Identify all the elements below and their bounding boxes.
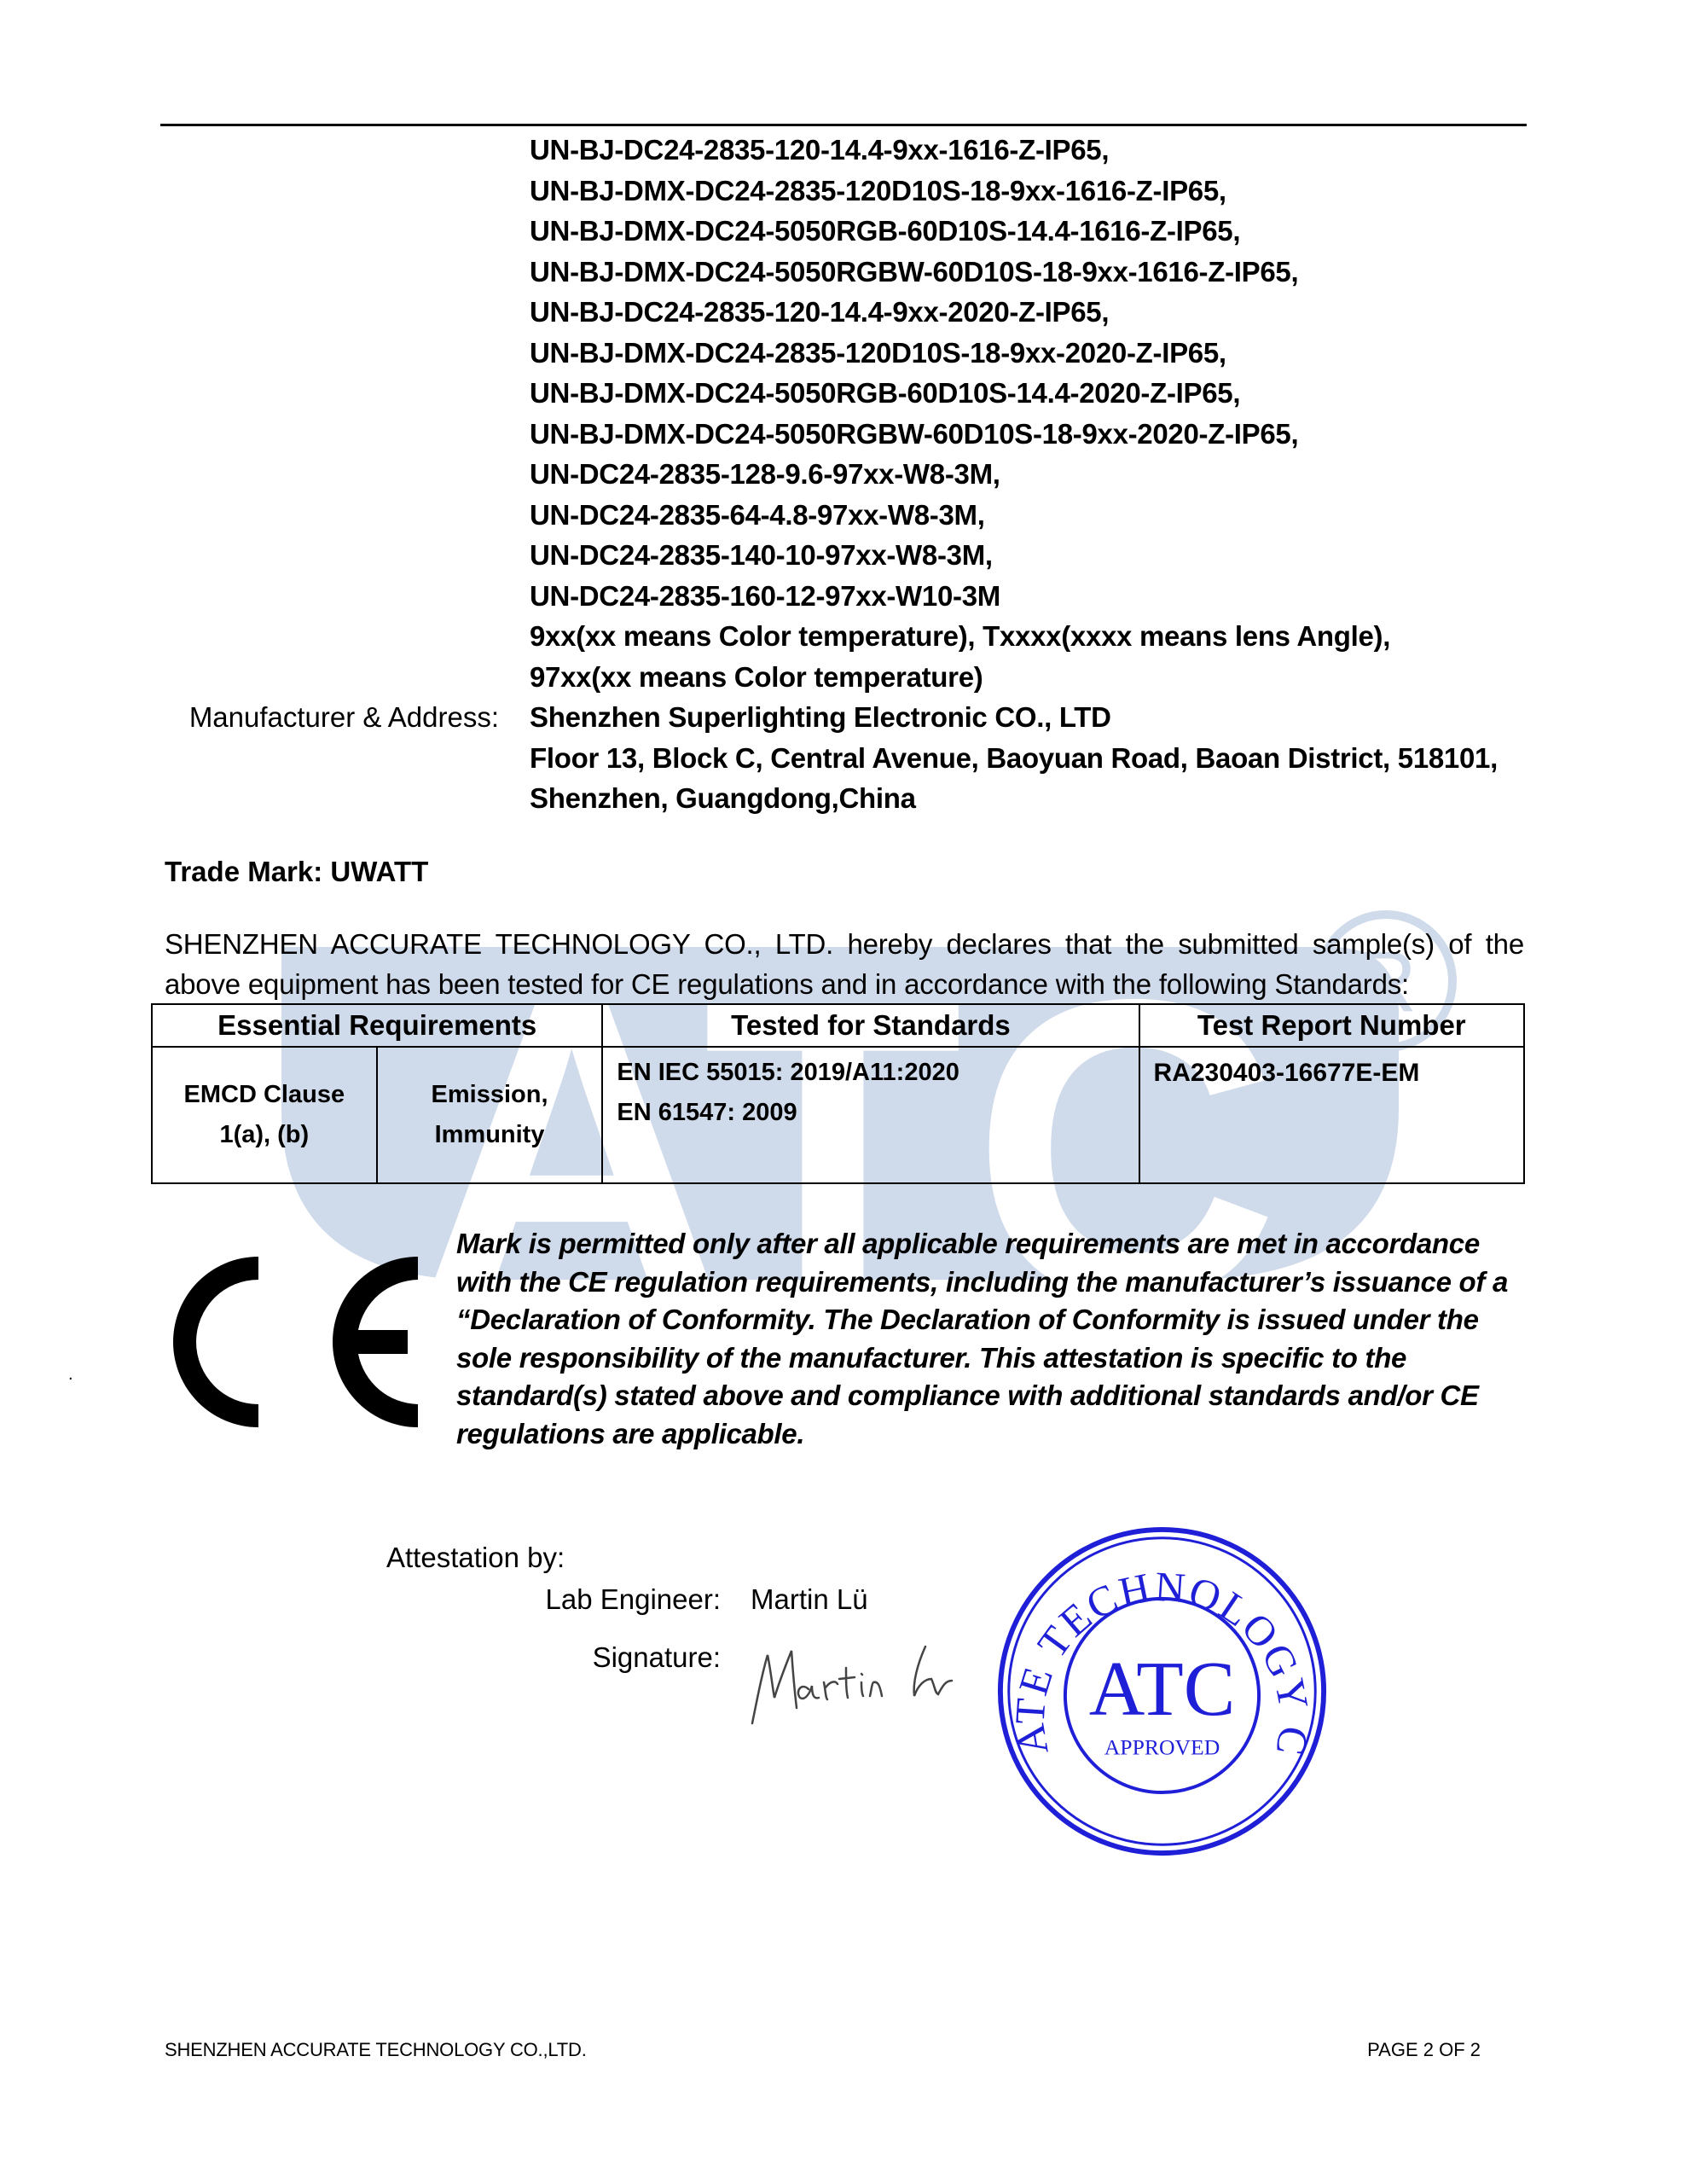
product-model: UN-BJ-DC24-2835-120-14.4-9xx-2020-Z-IP65… bbox=[530, 292, 1298, 333]
model-naming-note: 9xx(xx means Color temperature), Txxxx(x… bbox=[530, 616, 1485, 697]
product-model: UN-BJ-DMX-DC24-5050RGBW-60D10S-18-9xx-16… bbox=[530, 252, 1298, 293]
footer-page-number: PAGE 2 OF 2 bbox=[1367, 2037, 1481, 2063]
table-row: EMCD Clause 1(a), (b) Emission, Immunity… bbox=[152, 1047, 1524, 1183]
clause-line2: 1(a), (b) bbox=[219, 1115, 309, 1155]
header-rule bbox=[160, 124, 1527, 126]
manufacturer-details: Shenzhen Superlighting Electronic CO., L… bbox=[530, 697, 1510, 819]
clause-cell: EMCD Clause 1(a), (b) bbox=[152, 1047, 377, 1183]
declaration-paragraph: SHENZHEN ACCURATE TECHNOLOGY CO., LTD. h… bbox=[165, 924, 1524, 1004]
manufacturer-name: Shenzhen Superlighting Electronic CO., L… bbox=[530, 697, 1510, 738]
product-model: UN-DC24-2835-128-9.6-97xx-W8-3M, bbox=[530, 454, 1298, 495]
product-model: UN-DC24-2835-160-12-97xx-W10-3M bbox=[530, 576, 1298, 617]
report-number-cell: RA230403-16677E-EM bbox=[1139, 1047, 1524, 1183]
table-header-row: Essential Requirements Tested for Standa… bbox=[152, 1004, 1524, 1047]
manufacturer-address-line1: Floor 13, Block C, Central Avenue, Baoyu… bbox=[530, 738, 1510, 779]
product-model: UN-BJ-DMX-DC24-5050RGB-60D10S-14.4-1616-… bbox=[530, 211, 1298, 252]
product-model: UN-DC24-2835-64-4.8-97xx-W8-3M, bbox=[530, 495, 1298, 536]
footer-company: SHENZHEN ACCURATE TECHNOLOGY CO.,LTD. bbox=[165, 2037, 587, 2063]
standards-cell: EN IEC 55015: 2019/A11:2020 EN 61547: 20… bbox=[602, 1047, 1139, 1183]
standards-table: Essential Requirements Tested for Standa… bbox=[151, 1003, 1525, 1184]
product-model-list: UN-BJ-DC24-2835-120-14.4-9xx-1616-Z-IP65… bbox=[530, 130, 1298, 616]
requirement-line2: Immunity bbox=[435, 1115, 545, 1155]
product-model: UN-BJ-DMX-DC24-2835-120D10S-18-9xx-1616-… bbox=[530, 171, 1298, 212]
product-model: UN-BJ-DMX-DC24-5050RGB-60D10S-14.4-2020-… bbox=[530, 373, 1298, 414]
requirement-line1: Emission, bbox=[432, 1075, 548, 1115]
stamp-approved-text: APPROVED bbox=[1104, 1735, 1220, 1760]
trademark: Trade Mark: UWATT bbox=[165, 851, 428, 892]
ce-mark-logo bbox=[169, 1252, 421, 1432]
ce-e-glyph bbox=[333, 1257, 418, 1427]
requirement-cell: Emission, Immunity bbox=[377, 1047, 603, 1183]
manufacturer-label: Manufacturer & Address: bbox=[160, 697, 499, 738]
ce-mark-statement: Mark is permitted only after all applica… bbox=[456, 1225, 1522, 1454]
header-essential-requirements: Essential Requirements bbox=[152, 1004, 602, 1047]
ce-c-glyph bbox=[173, 1257, 258, 1427]
trademark-label: Trade Mark: bbox=[165, 856, 322, 887]
product-model: UN-BJ-DMX-DC24-2835-120D10S-18-9xx-2020-… bbox=[530, 333, 1298, 374]
lab-engineer-label: Lab Engineer: bbox=[386, 1579, 721, 1619]
standard-item: EN IEC 55015: 2019/A11:2020 bbox=[617, 1053, 1138, 1093]
product-model: UN-DC24-2835-140-10-97xx-W8-3M, bbox=[530, 535, 1298, 576]
trademark-value: UWATT bbox=[330, 856, 428, 887]
signature-label: Signature: bbox=[386, 1637, 721, 1677]
stray-dot: . bbox=[68, 1365, 73, 1385]
standard-item: EN 61547: 2009 bbox=[617, 1093, 1138, 1133]
product-model: UN-BJ-DC24-2835-120-14.4-9xx-1616-Z-IP65… bbox=[530, 130, 1298, 171]
header-test-report-number: Test Report Number bbox=[1139, 1004, 1524, 1047]
report-number: RA230403-16677E-EM bbox=[1140, 1048, 1523, 1093]
header-tested-for-standards: Tested for Standards bbox=[602, 1004, 1139, 1047]
stamp-center-text: ATC bbox=[1089, 1646, 1236, 1732]
lab-engineer-name: Martin Lü bbox=[751, 1579, 868, 1619]
manufacturer-address-line2: Shenzhen, Guangdong,China bbox=[530, 778, 1510, 819]
attestation-title: Attestation by: bbox=[386, 1537, 565, 1577]
handwritten-signature bbox=[742, 1629, 998, 1732]
atc-approved-stamp: ACCURATE TECHNOLOGY CO., LTD ATC APPROVE… bbox=[994, 1523, 1330, 1860]
product-model: UN-BJ-DMX-DC24-5050RGBW-60D10S-18-9xx-20… bbox=[530, 414, 1298, 455]
clause-line1: EMCD Clause bbox=[184, 1075, 345, 1115]
